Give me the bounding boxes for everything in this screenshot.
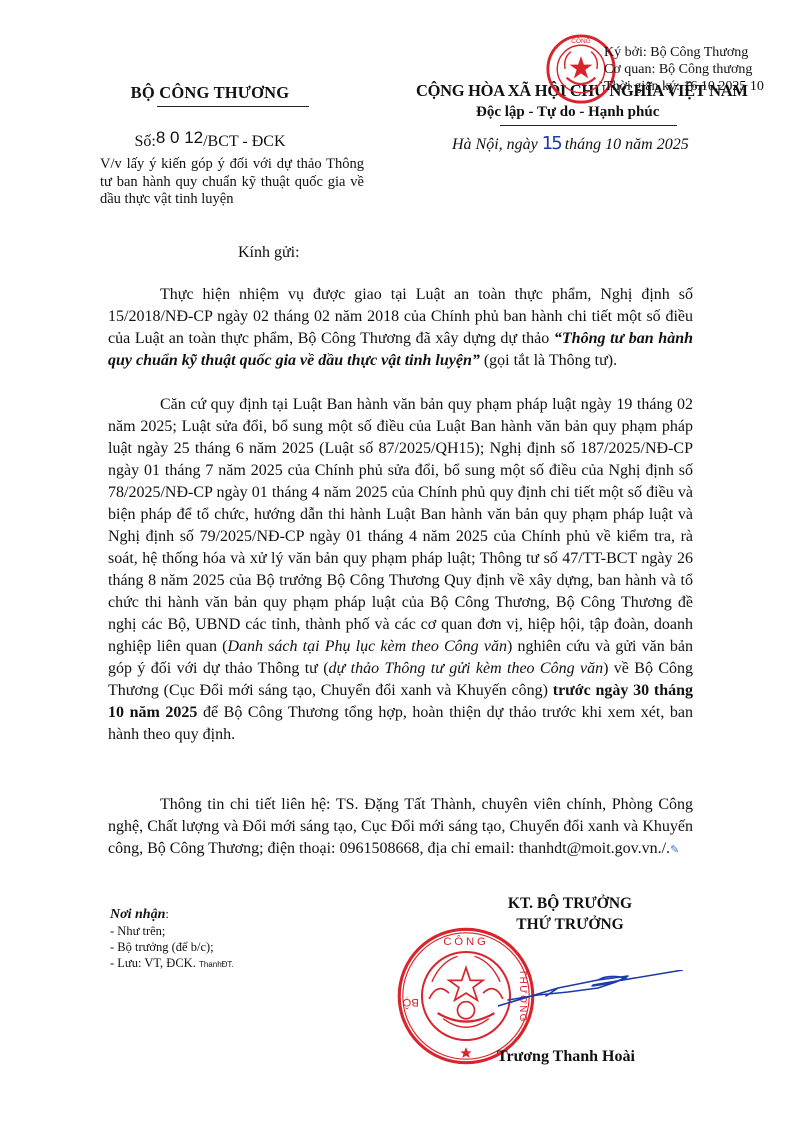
doc-number-value: 8 0 12 <box>156 128 203 147</box>
doc-number-suffix: /BCT - ĐCK <box>203 133 285 150</box>
svg-text:CÔNG: CÔNG <box>571 36 590 45</box>
svg-text:BỘ: BỘ <box>402 996 419 1009</box>
para2-italic2: dự thảo Thông tư gửi kèm theo Công văn <box>329 660 604 677</box>
recipient-item: - Như trên; <box>110 923 234 939</box>
paragraph-3-contact: Thông tin chi tiết liên hệ: TS. Đặng Tất… <box>108 794 693 860</box>
signer-name: Trương Thanh Hoài <box>497 1048 635 1066</box>
svg-text:CÔNG: CÔNG <box>443 935 488 948</box>
digital-signature-info: Ký bởi: Bộ Công Thương Cơ quan: Bộ Công … <box>604 44 764 95</box>
para3-end: ./. <box>658 840 670 857</box>
para2-italic1: Danh sách tại Phụ lục kèm theo Công văn <box>227 638 506 655</box>
contact-email[interactable]: thanhdt@moit.gov.vn <box>519 840 658 857</box>
digital-signature-signer: Ký bởi: Bộ Công Thương <box>604 44 764 61</box>
drafter-initials: ThanhĐT. <box>199 960 234 969</box>
motto-underline <box>500 125 677 126</box>
recipient-item: - Lưu: VT, ĐCK. ThanhĐT. <box>110 955 234 973</box>
recipients-colon: : <box>165 907 168 921</box>
organization-name: BỘ CÔNG THƯƠNG <box>100 83 320 103</box>
initials-mark-icon: ✎ <box>670 839 682 848</box>
date-suffix: tháng 10 năm 2025 <box>561 136 689 153</box>
date-prefix: Hà Nội, ngày <box>452 136 542 153</box>
document-subject: V/v lấy ý kiến góp ý đối với dự thảo Thô… <box>100 156 364 209</box>
paragraph-2: Căn cứ quy định tại Luật Ban hành văn bả… <box>108 394 693 746</box>
paragraph-1: Thực hiện nhiệm vụ được giao tại Luật an… <box>108 284 693 372</box>
recipient-item: - Bộ trưởng (để b/c); <box>110 939 234 955</box>
para2-text1: Căn cứ quy định tại Luật Ban hành văn bả… <box>108 396 693 655</box>
handwritten-signature-icon <box>498 970 683 1010</box>
signature-line1: KT. BỘ TRƯỞNG <box>470 893 670 914</box>
salutation: Kính gửi: <box>238 244 300 262</box>
digital-signature-time: Thời gian ký: 16.10.2025 10 <box>604 78 764 95</box>
digital-signature-agency: Cơ quan: Bộ Công thương <box>604 61 764 78</box>
recipients-title: Nơi nhận <box>110 907 165 922</box>
date-day-handwritten: 15 <box>542 133 561 154</box>
para1-end: (gọi tắt là Thông tư). <box>480 352 617 369</box>
doc-number-prefix: Số: <box>135 133 156 150</box>
national-motto: Độc lập - Tự do - Hạnh phúc <box>476 104 659 121</box>
organization-underline <box>157 106 309 107</box>
document-date: Hà Nội, ngày 15 tháng 10 năm 2025 <box>452 133 689 154</box>
recipients-block: Nơi nhận: - Như trên; - Bộ trưởng (để b/… <box>110 906 234 973</box>
document-number: Số:8 0 12/BCT - ĐCK <box>100 131 320 151</box>
